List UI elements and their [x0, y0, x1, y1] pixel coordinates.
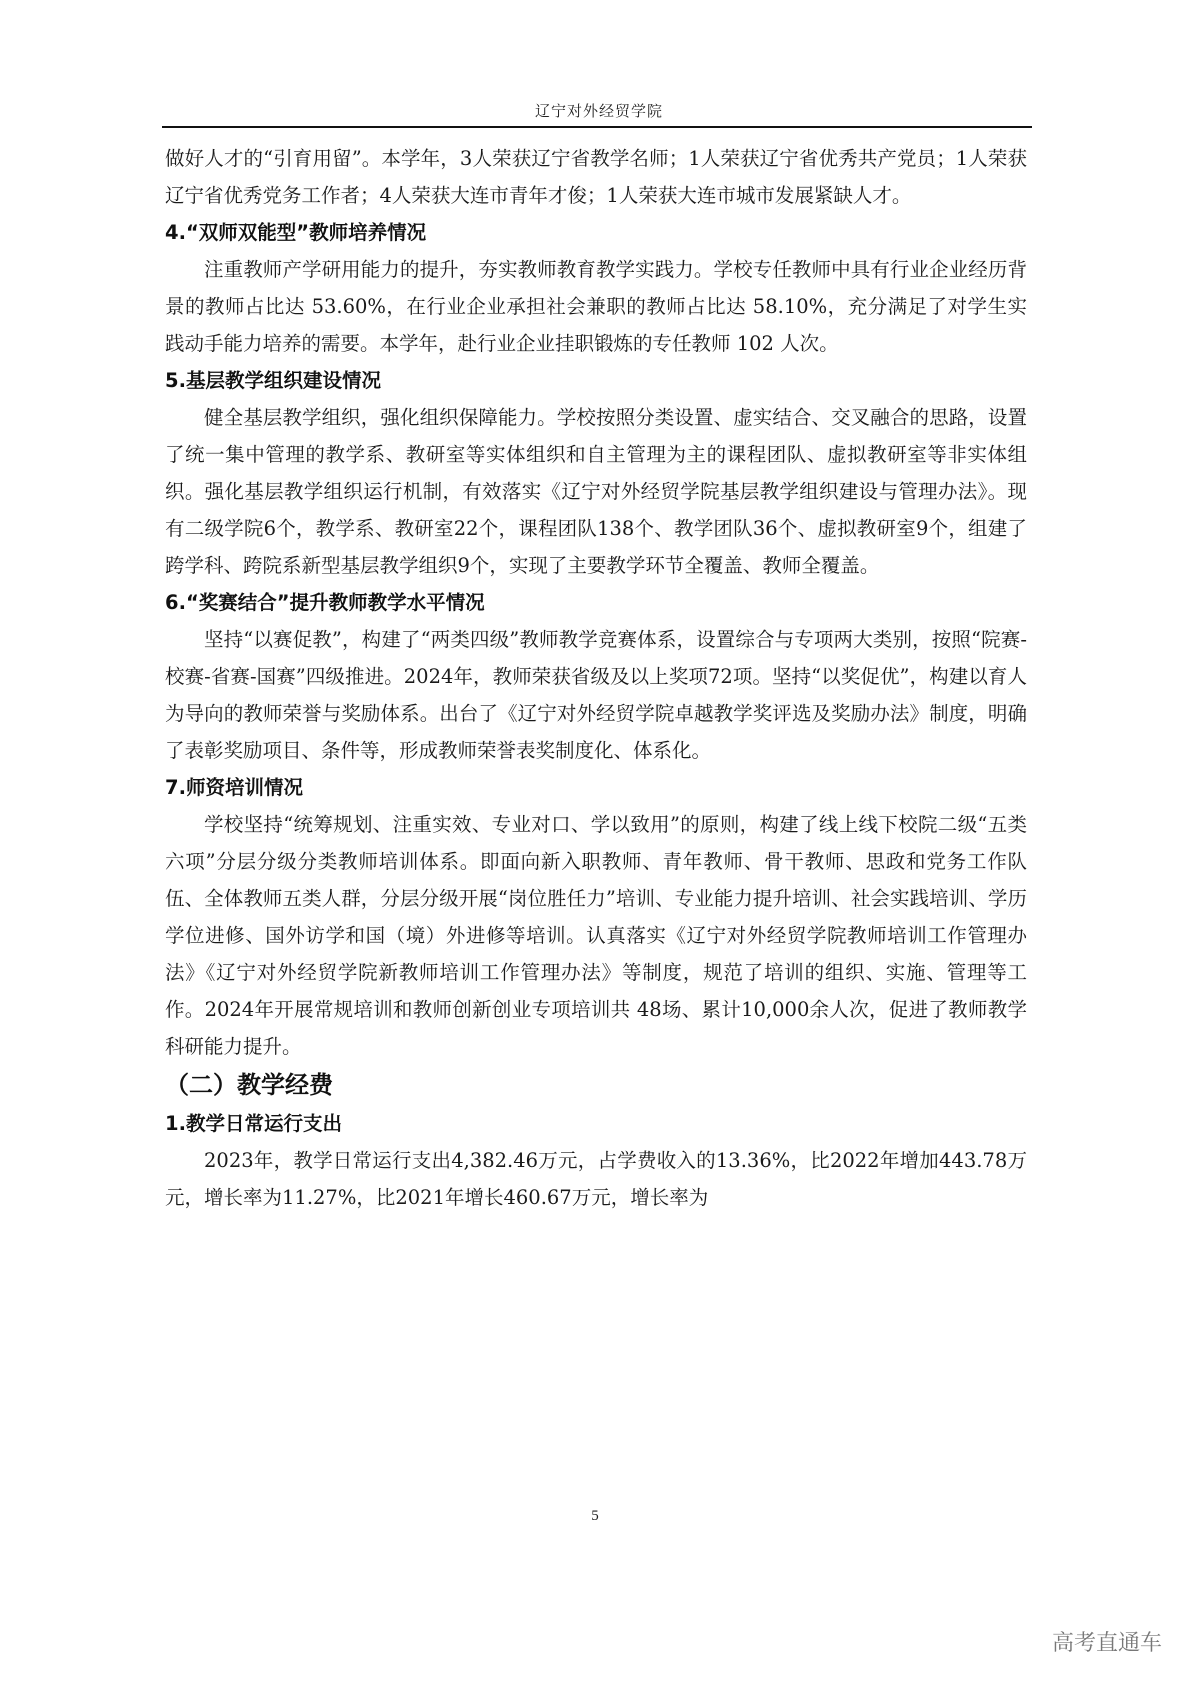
paragraph-talent-awards: 做好人才的“引育用留”。本学年，3人荣获辽宁省教学名师；1人荣获辽宁省优秀共产党…	[165, 140, 1027, 214]
heading-grassroots-org: 5.基层教学组织建设情况	[165, 362, 1027, 399]
section-heading-teaching-funds: （二）教学经费	[165, 1065, 1027, 1105]
watermark: 高考直通车	[1052, 1626, 1162, 1657]
document-body: 做好人才的“引育用留”。本学年，3人荣获辽宁省教学名师；1人荣获辽宁省优秀共产党…	[165, 140, 1027, 1216]
paragraph-teacher-training: 学校坚持“统筹规划、注重实效、专业对口、学以致用”的原则，构建了线上线下校院二级…	[165, 806, 1027, 1065]
paragraph-grassroots-org: 健全基层教学组织，强化组织保障能力。学校按照分类设置、虚实结合、交叉融合的思路，…	[165, 399, 1027, 584]
paragraph-award-competition: 坚持“以赛促教”，构建了“两类四级”教师教学竞赛体系，设置综合与专项两大类别，按…	[165, 621, 1027, 769]
running-header: 辽宁对外经贸学院	[168, 100, 1030, 121]
page-number: 5	[560, 1508, 630, 1525]
heading-daily-operating-expense: 1.教学日常运行支出	[165, 1105, 1027, 1142]
header-divider	[162, 126, 1032, 128]
heading-award-competition: 6.“奖赛结合”提升教师教学水平情况	[165, 584, 1027, 621]
paragraph-dual-teacher: 注重教师产学研用能力的提升，夯实教师教育教学实践力。学校专任教师中具有行业企业经…	[165, 251, 1027, 362]
heading-dual-teacher: 4.“双师双能型”教师培养情况	[165, 214, 1027, 251]
heading-teacher-training: 7.师资培训情况	[165, 769, 1027, 806]
document-page: 辽宁对外经贸学院 做好人才的“引育用留”。本学年，3人荣获辽宁省教学名师；1人荣…	[0, 0, 1190, 1684]
paragraph-daily-operating-expense: 2023年，教学日常运行支出4,382.46万元，占学费收入的13.36%，比2…	[165, 1142, 1027, 1216]
